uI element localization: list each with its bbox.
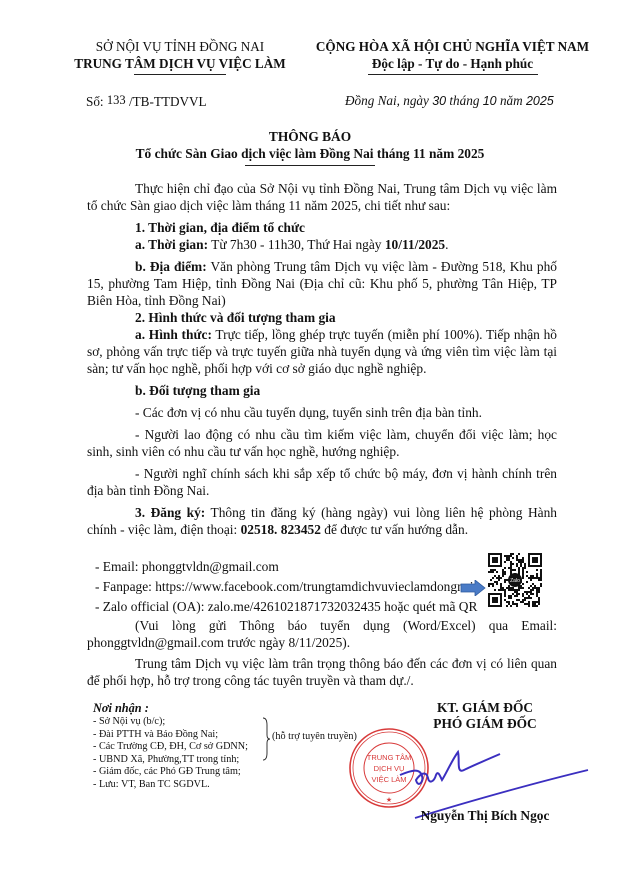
reg-phone: 02518. 823452: [241, 522, 321, 537]
doc-number-value: 133: [107, 93, 126, 107]
section-1-heading: 1. Thời gian, địa điểm tổ chức: [87, 219, 557, 236]
document-date: Đồng Nai, ngày 30 tháng 10 năm 2025: [345, 93, 554, 109]
time-label: a. Thời gian:: [135, 237, 208, 252]
national-title: CỘNG HÒA XÃ HỘI CHỦ NGHĨA VIỆT NAM: [305, 38, 600, 55]
issuer-header: SỞ NỘI VỤ TỈNH ĐỒNG NAI TRUNG TÂM DỊCH V…: [50, 38, 310, 75]
title-main: THÔNG BÁO: [60, 128, 560, 145]
recipients: Nơi nhận : - Sở Nội vụ (b/c); - Đài PTTH…: [93, 700, 248, 792]
doc-code: /TB-TTDVVL: [129, 94, 207, 109]
national-header: CỘNG HÒA XÃ HỘI CHỦ NGHĨA VIỆT NAM Độc l…: [305, 38, 600, 75]
registration-paragraph: 3. Đăng ký: Thông tin đăng ký (hàng ngày…: [87, 504, 557, 538]
divider: [368, 74, 538, 75]
date-month-label: tháng: [449, 93, 479, 108]
recipient-item: - Đài PTTH và Báo Đồng Nai;: [93, 729, 248, 742]
date-day: 30: [432, 94, 446, 108]
qr-code-icon[interactable]: Zalo: [488, 553, 542, 607]
form-paragraph: a. Hình thức: Trực tiếp, lồng ghép trực …: [87, 326, 557, 377]
divider: [245, 165, 375, 166]
signer-name: Nguyễn Thị Bích Ngọc: [400, 808, 570, 824]
target-item: - Người nghĩ chính sách khi sắp xếp tổ c…: [87, 465, 557, 499]
handwritten-signature: [360, 730, 590, 820]
section-2-heading: 2. Hình thức và đối tượng tham gia: [87, 309, 557, 326]
date-year: 2025: [526, 94, 554, 108]
issuer-name: TRUNG TÂM DỊCH VỤ VIỆC LÀM: [50, 55, 310, 72]
svg-text:Zalo: Zalo: [510, 578, 520, 584]
contact-zalo[interactable]: - Zalo official (OA): zalo.me/4261021871…: [95, 597, 477, 617]
recipient-item: - Sở Nội vụ (b/c);: [93, 716, 248, 729]
intro-paragraph: Thực hiện chỉ đạo của Sở Nội vụ tỉnh Đồn…: [87, 180, 557, 214]
brace-icon: [262, 717, 270, 761]
time-paragraph: a. Thời gian: Từ 7h30 - 11h30, Thứ Hai n…: [87, 236, 557, 253]
time-date: 10/11/2025: [385, 237, 445, 252]
reg-end: để được tư vấn hướng dẫn.: [321, 522, 468, 537]
doc-number-label: Số:: [86, 94, 104, 109]
contact-list: - Email: phonggtvldn@gmail.com - Fanpage…: [95, 557, 477, 617]
form-label: a. Hình thức:: [135, 327, 212, 342]
contact-email[interactable]: - Email: phonggtvldn@gmail.com: [95, 557, 477, 577]
target-item: - Các đơn vị có nhu cầu tuyển dụng, tuyể…: [87, 404, 557, 421]
recipient-item: - Giám đốc, các Phó GĐ Trung tâm;: [93, 766, 248, 779]
reg-label: 3. Đăng ký:: [135, 505, 205, 520]
arrow-right-icon: [460, 580, 486, 596]
punct: .: [445, 237, 448, 252]
date-prefix: Đồng Nai, ngày: [345, 93, 429, 108]
target-item: - Người lao động có nhu cầu tìm kiếm việ…: [87, 426, 557, 460]
date-month: 10: [483, 94, 497, 108]
email-note: (Vui lòng gửi Thông báo tuyển dụng (Word…: [87, 617, 557, 651]
document-body: Thực hiện chỉ đạo của Sở Nội vụ tỉnh Đồn…: [87, 180, 557, 538]
brace-note: (hỗ trợ tuyên truyền): [272, 731, 357, 742]
national-motto: Độc lập - Tự do - Hạnh phúc: [305, 55, 600, 72]
target-heading: b. Đối tượng tham gia: [87, 382, 557, 399]
recipient-item: - Các Trường CĐ, ĐH, Cơ sở GDNN;: [93, 741, 248, 754]
recipient-item: - Lưu: VT, Ban TC SGDVL.: [93, 779, 248, 792]
issuer-parent: SỞ NỘI VỤ TỈNH ĐỒNG NAI: [50, 38, 310, 55]
place-paragraph: b. Địa điểm: Văn phòng Trung tâm Dịch vụ…: [87, 258, 557, 309]
title-sub: Tổ chức Sàn Giao dịch việc làm Đồng Nai …: [60, 145, 560, 162]
place-label: b. Địa điểm:: [135, 259, 207, 274]
recipient-item: - UBND Xã, Phường,TT trong tỉnh;: [93, 754, 248, 767]
document-number: Số: 133 /TB-TTDVVL: [86, 93, 207, 110]
recipients-heading: Nơi nhận :: [93, 700, 248, 716]
note-and-closing: (Vui lòng gửi Thông báo tuyển dụng (Word…: [87, 617, 557, 689]
time-text: Từ 7h30 - 11h30, Thứ Hai ngày: [208, 237, 385, 252]
divider: [134, 74, 226, 75]
closing-paragraph: Trung tâm Dịch vụ việc làm trân trọng th…: [87, 655, 557, 689]
signature-line1: KT. GIÁM ĐỐC: [400, 700, 570, 716]
date-year-label: năm: [500, 93, 523, 108]
document-title: THÔNG BÁO Tổ chức Sàn Giao dịch việc làm…: [60, 128, 560, 166]
contact-fanpage[interactable]: - Fanpage: https://www.facebook.com/trun…: [95, 577, 477, 597]
